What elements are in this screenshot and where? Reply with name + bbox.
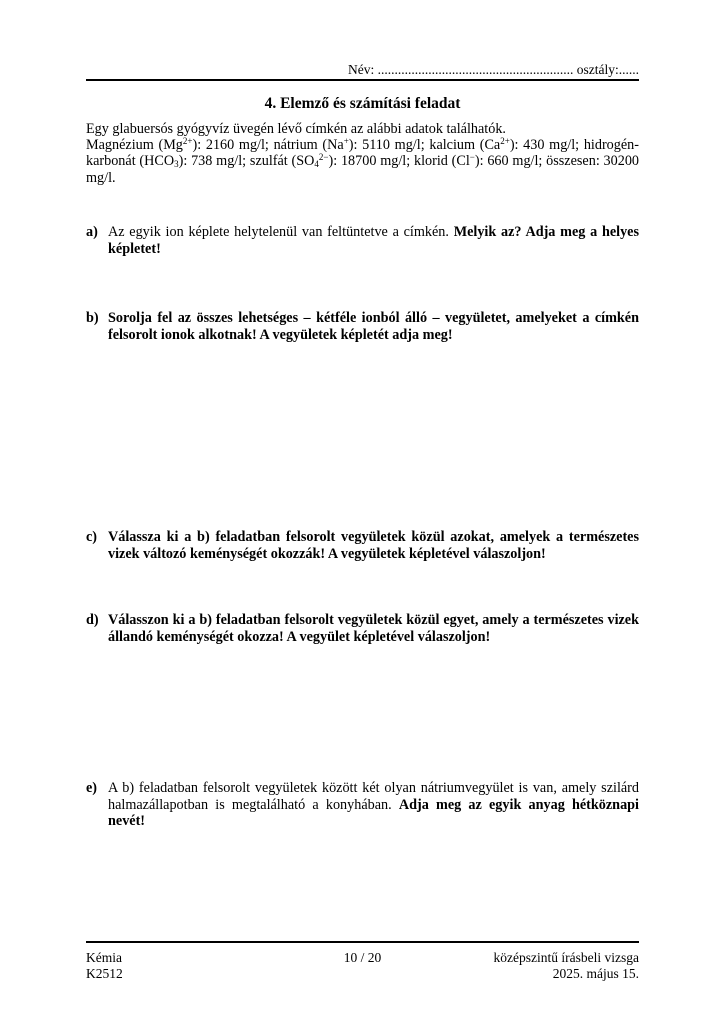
question-e: e) A b) feladatban felsorolt vegyületek … bbox=[86, 780, 639, 830]
question-letter: a) bbox=[86, 224, 98, 241]
task-intro: Egy glabuersós gyógyvíz üvegén lévő címk… bbox=[86, 121, 639, 186]
footer-divider bbox=[86, 941, 639, 943]
question-letter: d) bbox=[86, 612, 99, 629]
question-text: Sorolja fel az összes lehetséges – kétfé… bbox=[108, 310, 639, 343]
question-b: b) Sorolja fel az összes lehetséges – ké… bbox=[86, 310, 639, 343]
question-letter: b) bbox=[86, 310, 99, 327]
question-instruction: Sorolja fel az összes lehetséges – kétfé… bbox=[108, 310, 639, 343]
task-title: 4. Elemző és számítási feladat bbox=[86, 95, 639, 113]
question-text: Válasszon ki a b) feladatban felsorolt v… bbox=[108, 612, 639, 645]
header-divider bbox=[86, 79, 639, 81]
ion-entry: klorid (Cl−): 660 mg/l; bbox=[414, 153, 546, 169]
ion-entry: Magnézium (Mg2+): 2160 mg/l; bbox=[86, 137, 274, 153]
question-d: d) Válasszon ki a b) feladatban felsorol… bbox=[86, 612, 639, 645]
question-instruction: Válasszon ki a b) feladatban felsorolt v… bbox=[108, 612, 639, 645]
question-instruction: Válassza ki a b) feladatban felsorolt ve… bbox=[108, 529, 639, 562]
ion-entry: szulfát (SO42−): 18700 mg/l; bbox=[250, 153, 414, 169]
intro-sentence: Egy glabuersós gyógyvíz üvegén lévő címk… bbox=[86, 121, 639, 137]
question-context: Az egyik ion képlete helytelenül van fel… bbox=[108, 224, 454, 240]
footer-right: középszintű írásbeli vizsga 2025. május … bbox=[494, 950, 639, 982]
exam-date: 2025. május 15. bbox=[494, 966, 639, 982]
question-a: a) Az egyik ion képlete helytelenül van … bbox=[86, 224, 639, 257]
question-text: Az egyik ion képlete helytelenül van fel… bbox=[108, 224, 639, 257]
question-text: A b) feladatban felsorolt vegyületek köz… bbox=[108, 780, 639, 830]
question-text: Válassza ki a b) feladatban felsorolt ve… bbox=[108, 529, 639, 562]
ion-entry: nátrium (Na+): 5110 mg/l; bbox=[274, 137, 430, 153]
exam-type: középszintű írásbeli vizsga bbox=[494, 950, 639, 966]
name-class-field-line: Név: ...................................… bbox=[86, 62, 639, 78]
ion-concentration-list: Magnézium (Mg2+): 2160 mg/l; nátrium (Na… bbox=[86, 137, 639, 186]
ion-entry: kalcium (Ca2+): 430 mg/l; bbox=[429, 137, 583, 153]
question-letter: e) bbox=[86, 780, 97, 797]
question-c: c) Válassza ki a b) feladatban felsorolt… bbox=[86, 529, 639, 562]
question-letter: c) bbox=[86, 529, 97, 546]
exam-code: K2512 bbox=[86, 966, 123, 982]
